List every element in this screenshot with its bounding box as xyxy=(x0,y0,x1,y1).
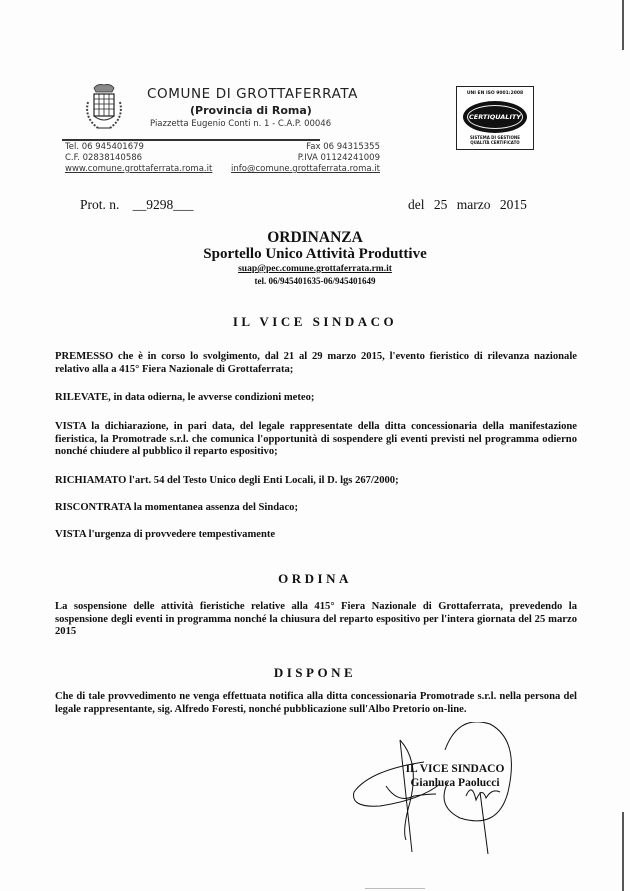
paragraph-premesso: PREMESSO che è in corso lo svolgimento, … xyxy=(55,351,577,376)
certification-caption: SISTEMA DI GESTIONE QUALITÀ CERTIFICATO xyxy=(457,135,533,145)
office-name: Sportello Unico Attività Produttive xyxy=(0,246,630,263)
issuer-heading: IL VICE SINDACO xyxy=(0,314,630,330)
letterhead-contacts-left: Tel. 06 945401679 C.F. 02838140586 www.c… xyxy=(65,142,212,175)
municipality-name: COMUNE DI GROTTAFERRATA xyxy=(147,86,358,102)
scan-edge-line-top xyxy=(622,0,624,50)
province-name: (Provincia di Roma) xyxy=(190,104,312,117)
document-page: COMUNE DI GROTTAFERRATA (Provincia di Ro… xyxy=(0,0,630,891)
protocol-value: __9298___ xyxy=(133,197,194,212)
office-phone: tel. 06/945401635-06/945401649 xyxy=(0,276,630,286)
paragraph-dispone: Che di tale provvedimento ne venga effet… xyxy=(55,691,577,716)
certiquality-logo-icon: CERTIQUALITY xyxy=(463,101,527,133)
paragraph-vista-dichiarazione: VISTA la dichiarazione, in pari data, de… xyxy=(55,421,577,459)
paragraph-riscontrata: RISCONTRATA la momentanea assenza del Si… xyxy=(55,502,577,515)
email-link[interactable]: info@comune.grottaferrata.roma.it xyxy=(200,164,380,175)
certification-standard: UNI EN ISO 9001:2008 xyxy=(457,91,533,96)
fax: Fax 06 94315355 xyxy=(200,142,380,153)
dispone-heading: DISPONE xyxy=(0,665,630,681)
municipal-crest-icon xyxy=(78,82,130,138)
paragraph-ordina: La sospensione delle attività fieristich… xyxy=(55,601,577,639)
ordina-heading: ORDINA xyxy=(0,571,630,587)
website-link[interactable]: www.comune.grottaferrata.roma.it xyxy=(65,164,212,175)
fiscal-code: C.F. 02838140586 xyxy=(65,153,212,164)
paragraph-rilevate: RILEVATE, in data odierna, le avverse co… xyxy=(55,392,577,405)
paragraph-vista-urgenza: VISTA l'urgenza di provvedere tempestiva… xyxy=(55,529,577,542)
telephone: Tel. 06 945401679 xyxy=(65,142,212,153)
protocol-number: Prot. n. __9298___ xyxy=(80,197,194,213)
document-date: del 25 marzo 2015 xyxy=(408,197,527,213)
letterhead-contacts-right: Fax 06 94315355 P.IVA 01124241009 info@c… xyxy=(200,142,380,175)
signatory-name: Gianluca Paolucci xyxy=(380,776,530,790)
signature-block: IL VICE SINDACO Gianluca Paolucci xyxy=(380,762,530,790)
vat-number: P.IVA 01124241009 xyxy=(200,153,380,164)
handwritten-signature-icon xyxy=(340,722,560,862)
scan-edge-line-bottom xyxy=(622,812,624,891)
paragraph-richiamato: RICHIAMATO l'art. 54 del Testo Unico deg… xyxy=(55,475,577,488)
scan-artifact xyxy=(365,888,425,889)
municipality-address: Piazzetta Eugenio Conti n. 1 - C.A.P. 00… xyxy=(150,119,331,129)
signatory-role: IL VICE SINDACO xyxy=(380,762,530,776)
office-email-link[interactable]: suap@pec.comune.grottaferrata.rm.it xyxy=(0,264,630,274)
protocol-label: Prot. n. xyxy=(80,197,119,212)
certification-brand: CERTIQUALITY xyxy=(464,113,526,121)
document-title: ORDINANZA xyxy=(0,229,630,247)
letterhead-divider xyxy=(62,139,320,141)
certification-badge: UNI EN ISO 9001:2008 CERTIQUALITY SISTEM… xyxy=(456,86,534,150)
